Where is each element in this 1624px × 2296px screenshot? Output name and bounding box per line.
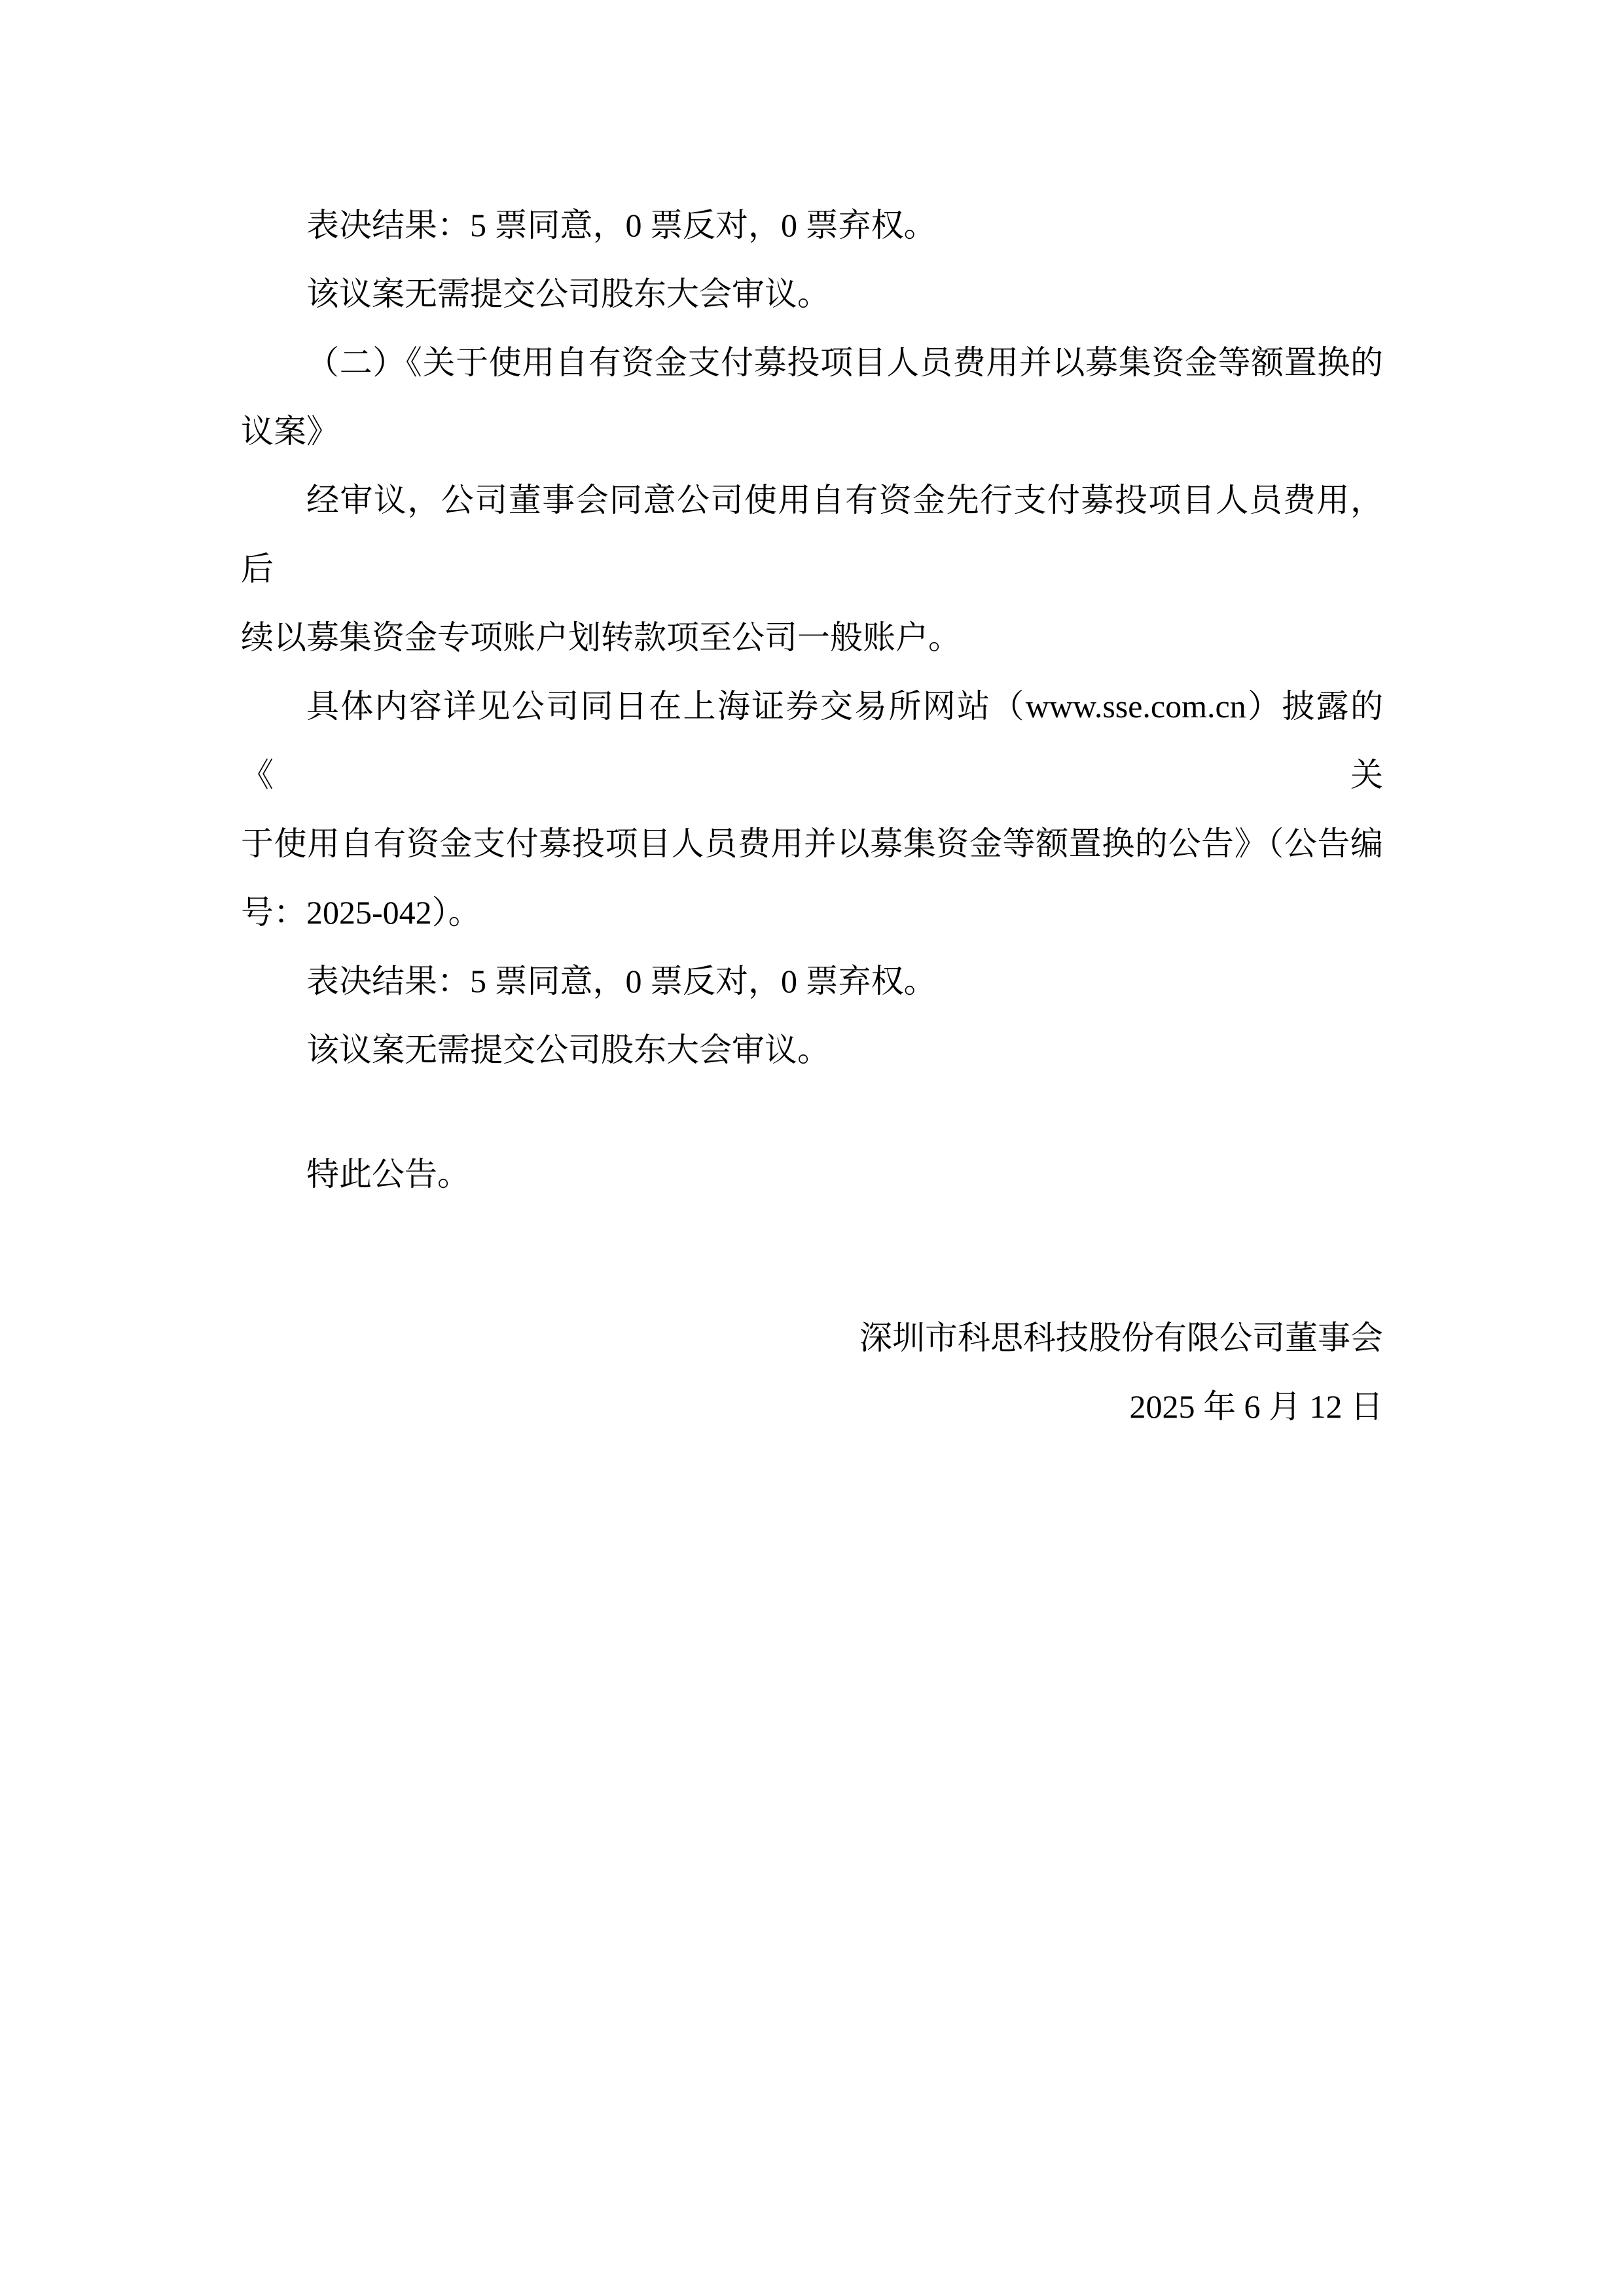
proposal-2-title-line-2: 议案》: [241, 397, 1383, 466]
board-signature-line: 深圳市科思科技股份有限公司董事会: [241, 1304, 1383, 1372]
board-approval-line-1: 经审议，公司董事会同意公司使用自有资金先行支付募投项目人员费用，后: [241, 466, 1383, 603]
closing-announcement-line: 特此公告。: [241, 1140, 1383, 1209]
document-page: 表决结果：5 票同意，0 票反对，0 票弃权。 该议案无需提交公司股东大会审议。…: [0, 0, 1624, 2296]
disclosure-detail-line-1: 具体内容详见公司同日在上海证券交易所网站（www.sse.com.cn）披露的《…: [241, 672, 1383, 810]
disclosure-detail-line-2: 于使用自有资金支付募投项目人员费用并以募集资金等额置换的公告》（公告编: [241, 810, 1383, 878]
vote-result-line-2: 表决结果：5 票同意，0 票反对，0 票弃权。: [241, 947, 1383, 1016]
no-shareholder-review-line-1: 该议案无需提交公司股东大会审议。: [241, 260, 1383, 329]
disclosure-detail-line-3: 号：2025-042）。: [241, 878, 1383, 947]
no-shareholder-review-line-2: 该议案无需提交公司股东大会审议。: [241, 1016, 1383, 1085]
vote-result-line-1: 表决结果：5 票同意，0 票反对，0 票弃权。: [241, 191, 1383, 260]
proposal-2-title-line-1: （二）《关于使用自有资金支付募投项目人员费用并以募集资金等额置换的: [241, 329, 1383, 397]
announcement-date-line: 2025 年 6 月 12 日: [241, 1372, 1383, 1441]
board-approval-line-2: 续以募集资金专项账户划转款项至公司一般账户。: [241, 603, 1383, 672]
document-content: 表决结果：5 票同意，0 票反对，0 票弃权。 该议案无需提交公司股东大会审议。…: [241, 191, 1383, 1441]
